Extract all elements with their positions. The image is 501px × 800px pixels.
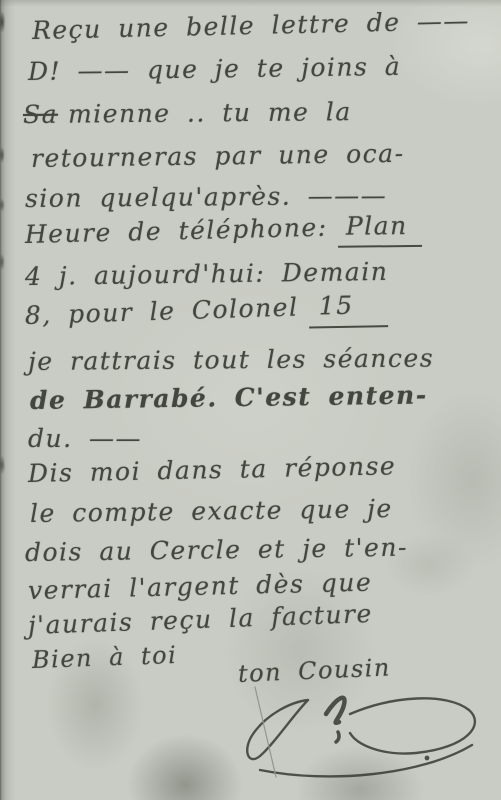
signature-flourish (230, 672, 501, 797)
line-text: 8, pour le Colonel (24, 292, 298, 330)
handwriting-line: Reçu une belle lettre de —— (32, 6, 471, 45)
letter-page: Reçu une belle lettre de —— D! —— que je… (0, 0, 501, 800)
underlined-word: 15 (308, 290, 387, 328)
handwriting-line: le compte exacte que je (30, 494, 393, 528)
handwriting-line: de Barrabé. C'est enten- (30, 380, 428, 415)
handwriting-line: 8, pour le Colonel15 (24, 290, 388, 338)
line-text: mienne .. tu me la (68, 97, 352, 128)
closing-farewell: Bien à toi (32, 641, 178, 674)
handwriting-line: verrai l'argent dès que (28, 568, 373, 605)
handwriting-line: Dis moi dans ta réponse (28, 451, 397, 488)
underlined-word: Plan (337, 211, 421, 248)
line-text: Heure de téléphone: (25, 213, 328, 249)
handwriting-line: du. —— (28, 424, 142, 453)
handwriting-line: dois au Cercle et je t'en- (25, 533, 408, 567)
handwriting-line: je rattrais tout les séances (28, 343, 434, 376)
handwriting-line: 4 j. aujourd'hui: Demain (25, 257, 389, 291)
handwriting-line: sion quelqu'après. ——— (25, 181, 387, 213)
handwriting-line: retourneras par une oca- (31, 139, 405, 173)
struck-word: Sa (23, 100, 58, 129)
handwriting-line: Heure de téléphone:Plan (25, 210, 422, 256)
handwriting-line: j'aurais reçu la facture (27, 599, 373, 640)
handwriting-line: D! —— que je te joins à (28, 52, 402, 86)
handwriting-line: Samienne .. tu me la (23, 97, 352, 129)
